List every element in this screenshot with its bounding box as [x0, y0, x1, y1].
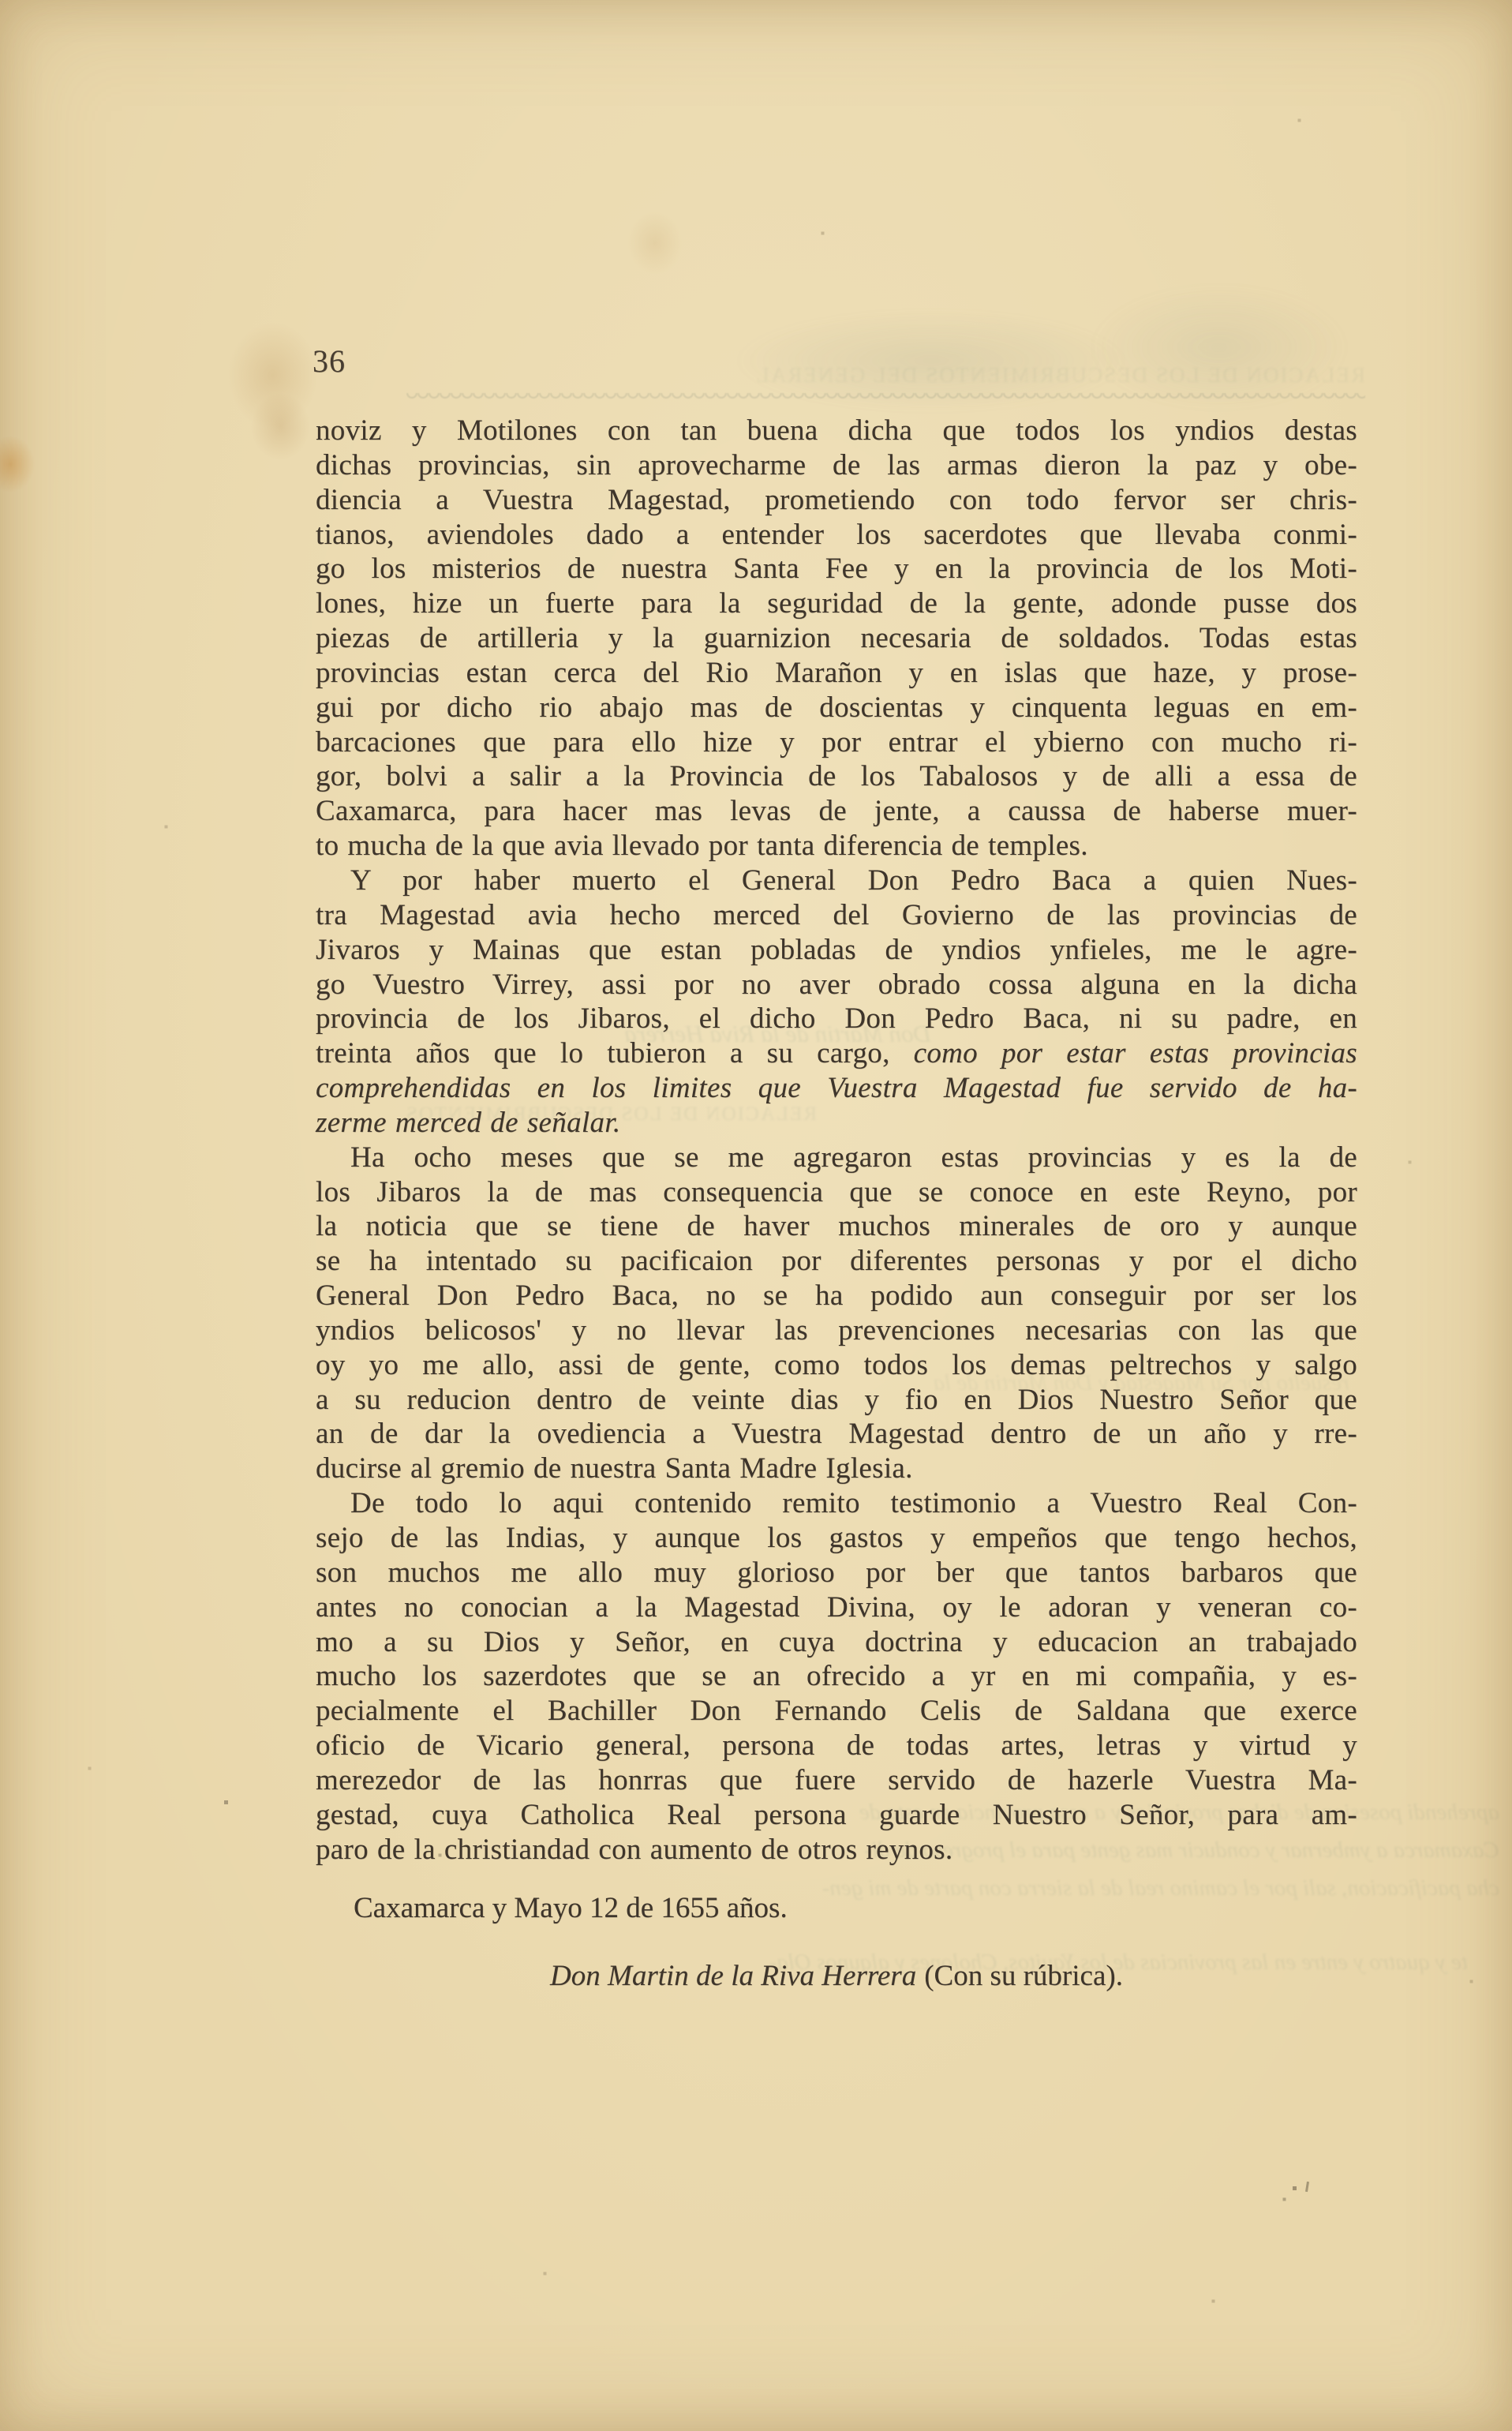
paragraph: De todo lo aqui contenido remito testimo… [316, 1486, 1357, 1867]
text-line: to mucha de la que avia llevado por tant… [316, 829, 1357, 863]
body-text: to mucha de la que avia llevado por tant… [316, 830, 1088, 862]
body-text: son muchos me allo muy glorioso por ber … [316, 1556, 1357, 1589]
text-line: oficio de Vicario general, persona de to… [316, 1729, 1357, 1763]
text-line: diencia a Vuestra Magestad, prometiendo … [316, 483, 1357, 518]
text-line: Caxamarca, para hacer mas levas de jente… [316, 794, 1357, 829]
signature-line: Don Martin de la Riva Herrera(Con su rúb… [316, 1959, 1357, 1993]
text-line: lones, hize un fuerte para la seguridad … [316, 586, 1357, 621]
body-text: mucho los sazerdotes que se an ofrecido … [316, 1660, 1357, 1692]
text-line: yndios belicosos' y no llevar las preven… [316, 1313, 1357, 1348]
body-text: paro de la christiandad con aumento de o… [316, 1834, 952, 1866]
body-text: barcaciones que para ello hize y por ent… [316, 726, 1357, 759]
body-text: Y por haber muerto el General Don Pedro … [350, 864, 1357, 897]
body-text: go Vuestro Virrey, assi por no aver obra… [316, 968, 1357, 1001]
body-text: piezas de artilleria y la guarnizion nec… [316, 622, 1357, 654]
text-line: noviz y Motilones con tan buena dicha qu… [316, 414, 1357, 448]
text-line: go los misterios de nuestra Santa Fee y … [316, 552, 1357, 586]
text-line: mo a su Dios y Señor, en cuya doctrina y… [316, 1625, 1357, 1660]
body-text: gui por dicho rio abajo mas de doscienta… [316, 691, 1357, 724]
text-line: barcaciones que para ello hize y por ent… [316, 725, 1357, 760]
text-line: an de dar la ovediencia a Vuestra Magest… [316, 1417, 1357, 1451]
text-line: son muchos me allo muy glorioso por ber … [316, 1556, 1357, 1590]
text-line: tianos, aviendoles dado a entender los s… [316, 518, 1357, 552]
body-text: De todo lo aqui contenido remito testimo… [350, 1487, 1357, 1519]
text-line: los Jibaros la de mas consequencia que s… [316, 1175, 1357, 1210]
page-number: 36 [313, 343, 346, 380]
body-text: ducirse al gremio de nuestra Santa Madre… [316, 1452, 913, 1485]
paragraph: noviz y Motilones con tan buena dicha qu… [316, 414, 1357, 863]
text-line: General Don Pedro Baca, no se ha podido … [316, 1279, 1357, 1313]
body-text: sejo de las Indias, y aunque los gastos … [316, 1522, 1357, 1554]
text-line: merezedor de las honrras que fuere servi… [316, 1763, 1357, 1798]
text-line: a su reducion dentro de veinte dias y fi… [316, 1383, 1357, 1418]
text-line: go Vuestro Virrey, assi por no aver obra… [316, 968, 1357, 1002]
text-line: gestad, cuya Catholica Real persona guar… [316, 1798, 1357, 1833]
text-line: gui por dicho rio abajo mas de doscienta… [316, 691, 1357, 725]
text-line: la noticia que se tiene de haver muchos … [316, 1209, 1357, 1244]
text-line: dichas provincias, sin aprovecharme de l… [316, 448, 1357, 483]
body-text: treinta años que lo tubieron a su cargo, [316, 1037, 914, 1069]
text-line: provincia de los Jibaros, el dicho Don P… [316, 1002, 1357, 1036]
scanned-book-page: RELACION DE LOS DESCUBRIMIENTOS DEL GENE… [0, 0, 1512, 2431]
body-text: go los misterios de nuestra Santa Fee y … [316, 552, 1357, 585]
body-text: Caxamarca, para hacer mas levas de jente… [316, 795, 1357, 827]
paper-stain [627, 212, 683, 275]
text-line: tra Magestad avia hecho merced del Govie… [316, 898, 1357, 933]
body-text: dichas provincias, sin aprovecharme de l… [316, 449, 1357, 481]
body-text: merezedor de las honrras que fuere servi… [316, 1764, 1357, 1796]
ink-mark [1305, 2182, 1309, 2192]
body-text: a su reducion dentro de veinte dias y fi… [316, 1384, 1357, 1416]
body-text: lones, hize un fuerte para la seguridad … [316, 587, 1357, 620]
body-text: General Don Pedro Baca, no se ha podido … [316, 1279, 1357, 1312]
body-text: yndios belicosos' y no llevar las preven… [316, 1314, 1357, 1347]
body-text: se ha intentado su pacificaion por difer… [316, 1245, 1357, 1277]
body-text: gestad, cuya Catholica Real persona guar… [316, 1799, 1357, 1831]
text-line: pecialmente el Bachiller Don Fernando Ce… [316, 1694, 1357, 1729]
text-line: Ha ocho meses que se me agregaron estas … [316, 1141, 1357, 1175]
text-line: se ha intentado su pacificaion por difer… [316, 1244, 1357, 1279]
text-line: Jivaros y Mainas que estan pobladas de y… [316, 933, 1357, 968]
signature-note: (Con su rúbrica). [924, 1960, 1123, 1992]
body-text: tra Magestad avia hecho merced del Govie… [316, 899, 1357, 931]
text-column: noviz y Motilones con tan buena dicha qu… [316, 414, 1357, 1867]
body-text: Ha ocho meses que se me agregaron estas … [350, 1141, 1357, 1174]
body-text: tianos, aviendoles dado a entender los s… [316, 519, 1357, 551]
text-line: sejo de las Indias, y aunque los gastos … [316, 1521, 1357, 1556]
text-line: oy yo me allo, assi de gente, como todos… [316, 1348, 1357, 1383]
paragraph: Ha ocho meses que se me agregaron estas … [316, 1141, 1357, 1486]
body-text: oy yo me allo, assi de gente, como todos… [316, 1349, 1357, 1381]
body-text: mo a su Dios y Señor, en cuya doctrina y… [316, 1626, 1357, 1658]
body-text: Jivaros y Mainas que estan pobladas de y… [316, 934, 1357, 966]
body-text: los Jibaros la de mas consequencia que s… [316, 1176, 1357, 1208]
italic-text: comprehendidas en los limites que Vuestr… [316, 1072, 1357, 1104]
text-line: Y por haber muerto el General Don Pedro … [316, 863, 1357, 898]
dateline: Caxamarca y Mayo 12 de 1655 años. [316, 1891, 1357, 1925]
body-text: diencia a Vuestra Magestad, prometiendo … [316, 484, 1357, 516]
body-text: an de dar la ovediencia a Vuestra Magest… [316, 1418, 1357, 1450]
paragraph: Y por haber muerto el General Don Pedro … [316, 863, 1357, 1141]
paper-stain [251, 393, 310, 460]
text-line: zerme merced de señalar. [316, 1106, 1357, 1141]
body-text: noviz y Motilones con tan buena dicha qu… [316, 414, 1357, 447]
body-text: pecialmente el Bachiller Don Fernando Ce… [316, 1695, 1357, 1727]
text-line: mucho los sazerdotes que se an ofrecido … [316, 1659, 1357, 1694]
showthrough-text: RELACION DE LOS DESCUBRIMIENTOS DEL GENE… [473, 363, 1365, 388]
signature-name: Don Martin de la Riva Herrera [550, 1960, 916, 1992]
text-line: De todo lo aqui contenido remito testimo… [316, 1486, 1357, 1521]
text-line: gor, bolvi a salir a la Provincia de los… [316, 759, 1357, 794]
body-text: antes no conocian a la Magestad Divina, … [316, 1591, 1357, 1624]
text-line: paro de la christiandad con aumento de o… [316, 1833, 1357, 1867]
italic-text: como por estar estas provincias [914, 1037, 1357, 1069]
body-text: provincia de los Jibaros, el dicho Don P… [316, 1002, 1357, 1035]
body-text: gor, bolvi a salir a la Provincia de los… [316, 760, 1357, 792]
text-line: piezas de artilleria y la guarnizion nec… [316, 621, 1357, 656]
showthrough-smudge [1089, 284, 1349, 410]
paper-stain [0, 436, 35, 493]
text-line: ducirse al gremio de nuestra Santa Madre… [316, 1451, 1357, 1486]
body-text: provincias estan cerca del Rio Marañon y… [316, 657, 1357, 689]
paper-specks [0, 0, 1, 1]
text-line: antes no conocian a la Magestad Divina, … [316, 1590, 1357, 1625]
showthrough-rule [406, 393, 1365, 400]
text-line: provincias estan cerca del Rio Marañon y… [316, 656, 1357, 691]
italic-text: zerme merced de señalar. [316, 1107, 620, 1139]
text-line: comprehendidas en los limites que Vuestr… [316, 1071, 1357, 1106]
body-text: oficio de Vicario general, persona de to… [316, 1729, 1357, 1762]
text-line: treinta años que lo tubieron a su cargo,… [316, 1036, 1357, 1071]
body-text: la noticia que se tiene de haver muchos … [316, 1210, 1357, 1242]
